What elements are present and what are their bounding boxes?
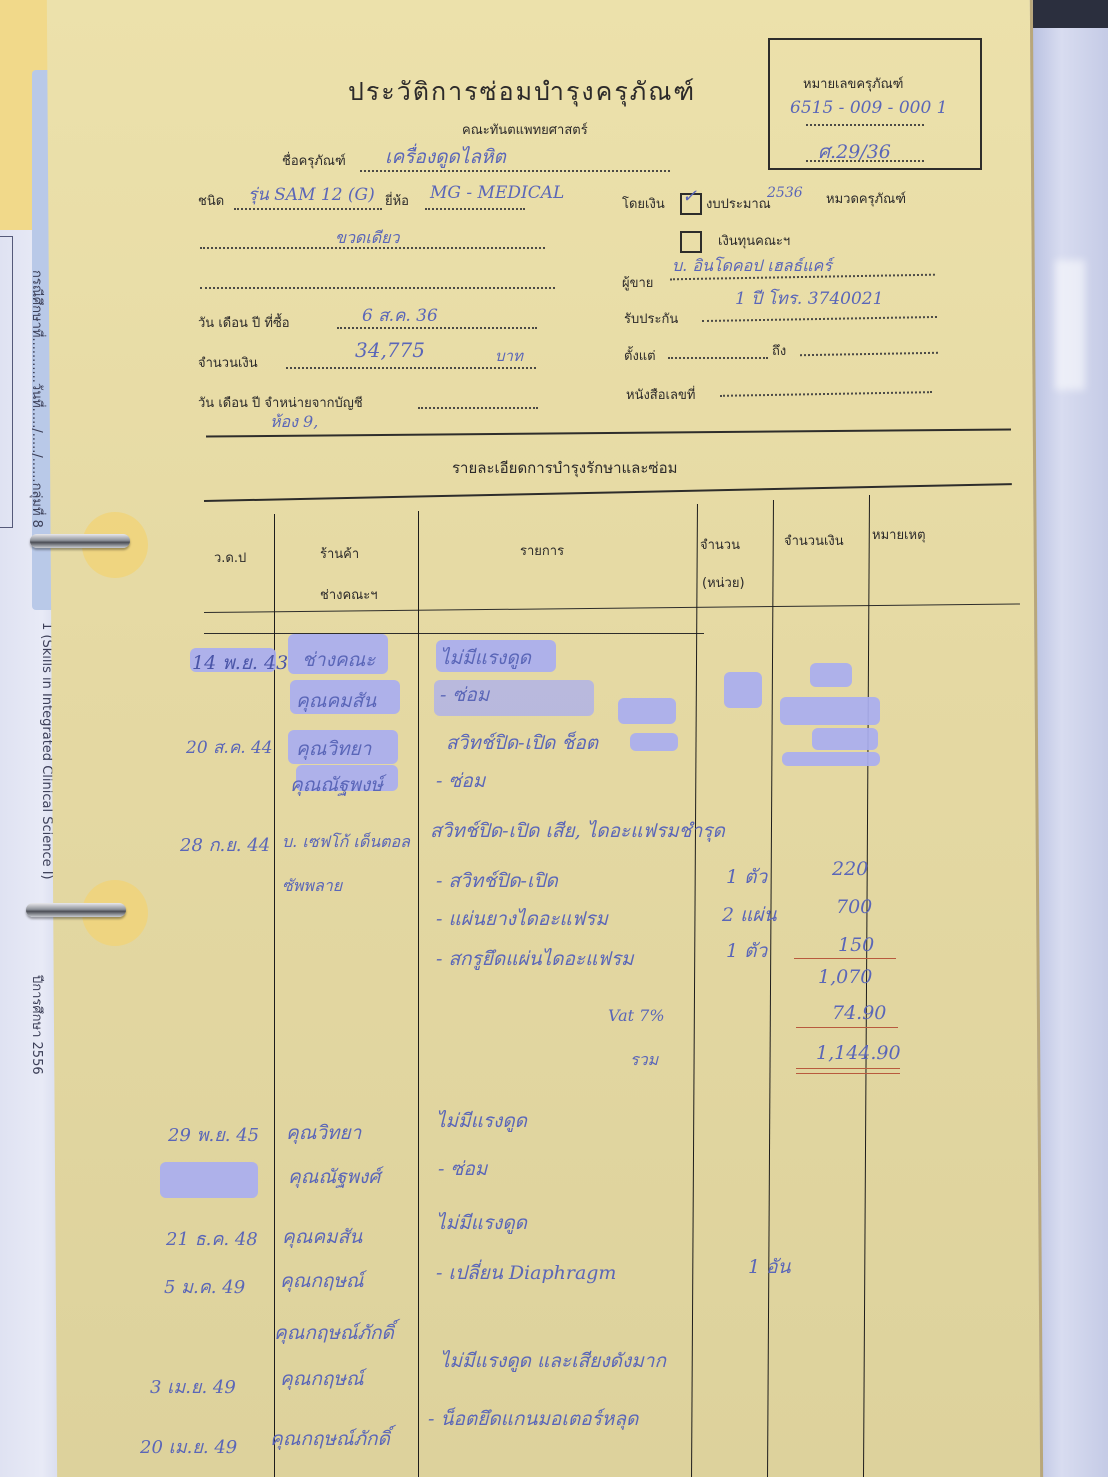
row-quantity: 1 อัน [748,1252,791,1282]
left-sheet-text-year: ปีการศึกษา 2556 [27,975,48,1075]
total-label: รวม [630,1048,658,1073]
type-dots [234,208,382,210]
total-amount: 1,144.90 [816,1042,901,1064]
row-item: - สกรูยึดแผ่นไดอะแฟรม [436,944,634,974]
column-divider-2 [418,511,419,1477]
row-item: ไม่มีแรงดูด [436,1208,527,1238]
left-sheet-text-top: กรณีศึกษาที่...........วันที่...../.....… [27,270,48,528]
total-double-underline-2 [796,1073,900,1074]
row-date: 14 พ.ย. 43 [192,648,288,678]
binder-ring-bottom-icon [26,903,126,917]
redaction-mark [812,728,878,750]
row-item: - ซ่อม [436,766,485,796]
row-date: 29 พ.ย. 45 [168,1120,259,1149]
redaction-mark [160,1162,258,1198]
row-date: 20 เม.ย. 49 [140,1432,237,1461]
row-quantity: 2 แผ่น [722,900,777,930]
row-vendor: คุณณัฐพงษ์ [290,770,383,800]
row-item: - แผ่นยางไดอะแฟรม [436,904,608,934]
row-item: - ซ่อม [440,680,489,710]
column-header-quantity: จำนวน [700,534,740,555]
row-vendor: คุณณัฐพงศ์ [288,1162,380,1192]
from-label: ตั้งแต่ [624,345,656,366]
redaction-mark [630,733,678,751]
row-vendor: คุณคมสัน [282,1222,362,1252]
row-item: ไม่มีแรงดูด [440,643,531,673]
redaction-mark [724,672,762,708]
warranty-label: รับประกัน [624,308,678,329]
background-glare [1055,260,1085,390]
funding-label: โดยเงิน [622,193,665,214]
subtotal-underline [794,958,896,959]
subtotal-amount: 1,070 [818,966,872,988]
row-vendor: คุณกฤษณ์ภักดิ์ [274,1318,394,1348]
row-vendor: คุณคมสัน [296,686,376,716]
row-amount: 150 [838,934,874,956]
brand-dots [425,208,525,210]
extra-line-dots-1 [200,247,545,249]
funding-category-label: หมวดครุภัณฑ์ [826,188,906,209]
row-date: 3 เม.ย. 49 [150,1372,236,1401]
row-item: - น็อตยึดแกนมอเตอร์หลุด [428,1404,638,1434]
left-sheet-frame [0,236,13,528]
equipment-number-dots [806,124,924,126]
row-vendor: ซัพพลาย [282,874,342,899]
maintenance-section-title: รายละเอียดการบำรุงรักษาและซ่อม [452,456,678,480]
row-item: - เปลี่ยน Diaphragm [436,1258,616,1288]
type-label: ชนิด [198,190,224,211]
column-header-amount: จำนวนเงิน [784,530,844,551]
vat-amount: 74.90 [832,1002,886,1024]
background-right-sheet [1030,0,1108,1477]
column-header-date: ว.ด.ป [214,547,246,568]
row-item: - สวิทช์ปิด-เปิด [436,866,558,896]
form-title: ประวัติการซ่อมบำรุงครุภัณฑ์ [348,72,696,112]
row-amount: 700 [836,896,872,918]
row-vendor: คุณกฤษณ์ [280,1364,364,1394]
room-value: ห้อง 9, [270,410,318,435]
equipment-code-value: ศ.29/36 [818,137,891,167]
seller-label: ผู้ขาย [622,272,653,293]
amount-value: 34,775 [355,338,425,362]
redaction-mark [810,663,852,687]
row-date: 21 ธ.ค. 48 [166,1224,258,1253]
background-dark-edge [1033,0,1108,28]
funding-faculty-checkbox[interactable] [680,231,702,253]
binder-ring-top-icon [30,534,130,548]
disposal-date-dots [418,407,538,409]
row-item: - ซ่อม [438,1154,487,1184]
from-dots [668,357,768,359]
vat-underline [796,1027,898,1028]
row-vendor: ช่างคณะ [302,645,375,675]
redaction-mark [780,697,880,725]
funding-budget-year: 2536 [767,185,803,201]
to-label: ถึง [772,340,786,361]
column-header-item: รายการ [520,540,564,561]
column-header-unit: (หน่วย) [702,572,745,593]
amount-unit: บาท [495,344,523,368]
equipment-name-dots [360,170,670,172]
redaction-mark [618,698,676,724]
column-header-remarks: หมายเหตุ [872,524,926,545]
row-quantity: 1 ตัว [726,936,767,966]
purchase-date-dots [337,327,537,329]
row-vendor: คุณวิทยา [296,734,371,764]
row-amount: 220 [832,858,868,880]
column-header-vendor: ร้านค้า [320,543,359,564]
row-vendor: บ. เซฟโก้ เด็นตอล [282,830,410,855]
checkmark-icon: ✓ [682,186,697,207]
equipment-name-label: ชื่อครุภัณฑ์ [282,150,346,171]
extra-line-dots-2 [200,287,555,289]
purchase-date-label: วัน เดือน ปี ที่ซื้อ [198,312,290,333]
letter-number-label: หนังสือเลขที่ [626,384,695,405]
total-double-underline-1 [796,1068,900,1069]
equipment-number-value: 6515 - 009 - 000 1 [790,98,947,118]
equipment-number-label: หมายเลขครุภัณฑ์ [803,73,903,94]
table-body-top-line [204,633,704,634]
brand-label: ยี่ห้อ [385,190,409,211]
row-item: สวิทช์ปิด-เปิด เสีย, ไดอะแฟรมชำรุด [430,816,725,846]
purchase-date-value: 6 ส.ค. 36 [362,302,438,329]
column-header-technician: ช่างคณะฯ [320,584,378,605]
department-name: คณะทันตแพทยศาสตร์ [462,119,588,140]
amount-label: จำนวนเงิน [198,352,258,373]
row-date: 5 ม.ค. 49 [164,1272,245,1301]
row-item: สวิทช์ปิด-เปิด ช็อต [446,728,598,758]
row-item: ไม่มีแรงดูด และเสียงดังมาก [440,1346,666,1376]
vat-label: Vat 7% [608,1006,665,1025]
equipment-name-value: เครื่องดูดไลหิต [385,142,506,172]
row-vendor: คุณกฤษณ์ [280,1266,364,1296]
equipment-code-dots [806,160,924,162]
redaction-mark [782,752,880,766]
row-date: 20 ส.ค. 44 [186,734,273,761]
warranty-value: 1 ปี โทร. 3740021 [735,285,883,312]
row-date: 28 ก.ย. 44 [180,830,270,859]
row-vendor: คุณวิทยา [286,1118,361,1148]
row-vendor: คุณกฤษณ์ภักดิ์ [270,1424,390,1454]
type-value: รุ่น SAM 12 (G) [248,181,375,208]
amount-dots [286,367,536,369]
row-quantity: 1 ตัว [726,862,767,892]
funding-faculty-label: เงินทุนคณะฯ [718,230,790,251]
funding-budget-label: งบประมาณ [706,193,771,214]
row-item: ไม่มีแรงดูด [436,1106,527,1136]
brand-value: MG - MEDICAL [430,183,564,203]
